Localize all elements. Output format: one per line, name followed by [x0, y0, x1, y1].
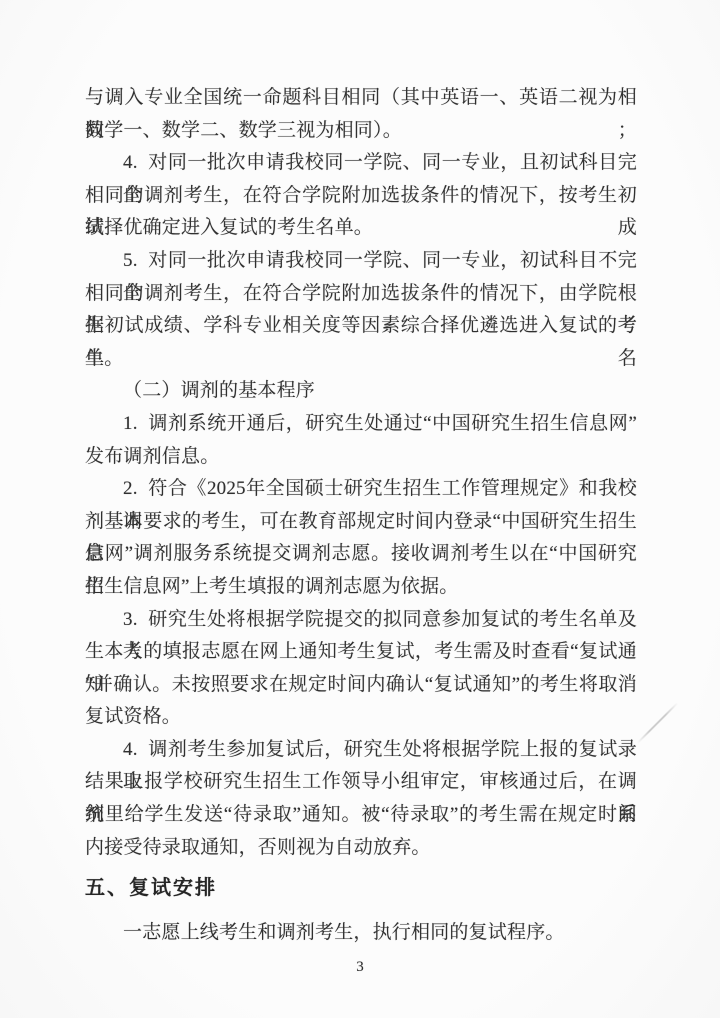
text-line: 统里给学生发送“待录取”通知。被“待录取”的考生需在规定时间	[85, 799, 637, 832]
text-line: 息网”调剂服务系统提交调剂志愿。接收调剂考生以在“中国研究生	[85, 538, 637, 571]
page-number: 3	[0, 956, 720, 978]
text-line: ”并确认。未按照要求在规定时间内确认“复试通知”的考生将取消	[85, 669, 637, 702]
text-line: 生初试成绩、学科专业相关度等因素综合择优遴选进入复试的考生名	[85, 310, 637, 343]
text-line: 3. 研究生处将根据学院提交的拟同意参加复试的考生名单及考	[85, 604, 637, 637]
text-line: 4. 调剂考生参加复试后，研究生处将根据学院上报的复试录取	[85, 734, 637, 767]
text-block: 与调入专业全国统一命题科目相同（其中英语一、英语二视为相同；数学一、数学二、数学…	[85, 82, 637, 949]
text-line: 相同的调剂考生，在符合学院附加选拔条件的情况下，由学院根据考	[85, 278, 637, 311]
scan-artifact	[637, 702, 679, 744]
section-heading: 五、复试安排	[85, 872, 637, 905]
text-line: 与调入专业全国统一命题科目相同（其中英语一、英语二视为相同；	[85, 82, 637, 115]
text-line: 复试资格。	[85, 701, 637, 734]
text-line: 一志愿上线考生和调剂考生，执行相同的复试程序。	[85, 917, 637, 950]
text-line: 5. 对同一批次申请我校同一学院、同一专业，初试科目不完全	[85, 245, 637, 278]
text-line: 剂基本要求的考生，可在教育部规定时间内登录“中国研究生招生信	[85, 506, 637, 539]
text-line: 1. 调剂系统开通后，研究生处通过“中国研究生招生信息网”	[85, 408, 637, 441]
text-line: 生本人的填报志愿在网上通知考生复试，考生需及时查看“复试通知	[85, 636, 637, 669]
text-line: （二）调剂的基本程序	[85, 375, 637, 408]
text-line: 招生信息网”上考生填报的调剂志愿为依据。	[85, 571, 637, 604]
text-line: 发布调剂信息。	[85, 441, 637, 474]
document-page: 与调入专业全国统一命题科目相同（其中英语一、英语二视为相同；数学一、数学二、数学…	[0, 0, 720, 1018]
text-line: 结果上报学校研究生招生工作领导小组审定，审核通过后，在调剂系	[85, 766, 637, 799]
text-line: 4. 对同一批次申请我校同一学院、同一专业，且初试科目完全	[85, 147, 637, 180]
text-line: 相同的调剂考生，在符合学院附加选拔条件的情况下，按考生初试成	[85, 180, 637, 213]
text-line: 内接受待录取通知，否则视为自动放弃。	[85, 832, 637, 865]
text-line: 2. 符合《2025年全国硕士研究生招生工作管理规定》和我校调	[85, 473, 637, 506]
